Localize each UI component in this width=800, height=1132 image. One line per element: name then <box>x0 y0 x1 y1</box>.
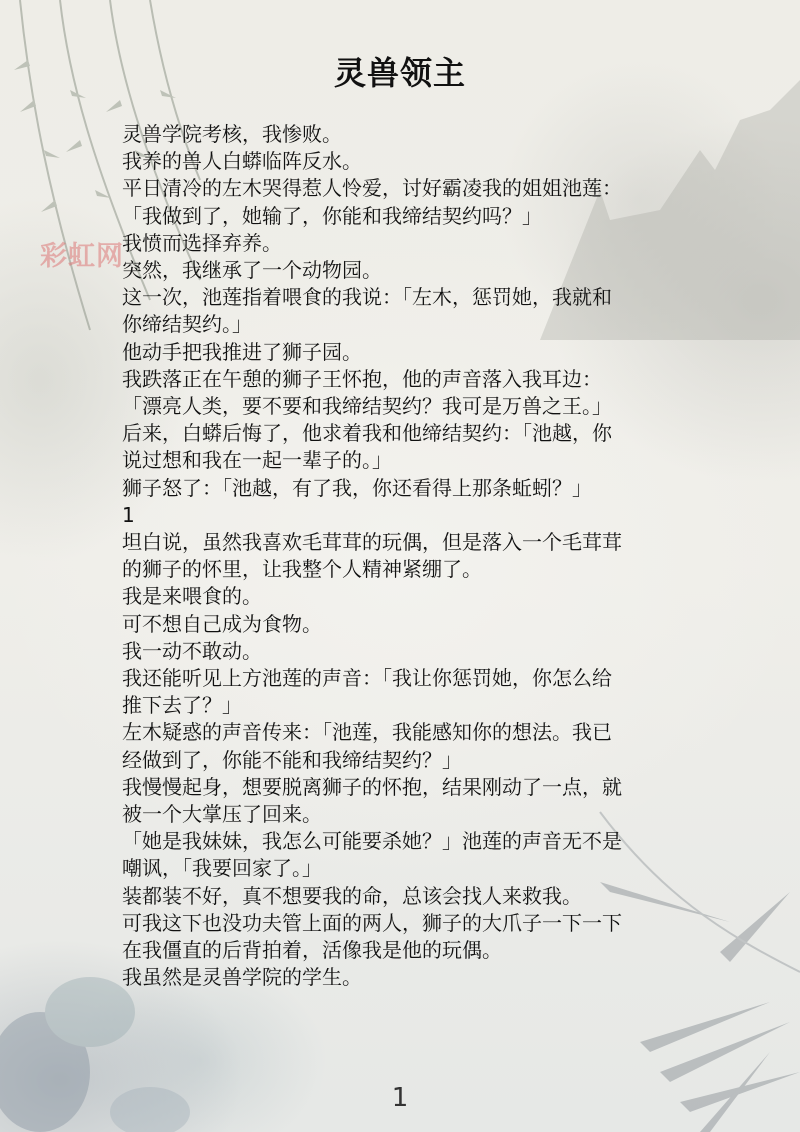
text-line: 我跌落正在午憩的狮子王怀抱，他的声音落入我耳边： <box>122 366 692 393</box>
text-line: 我慢慢起身，想要脱离狮子的怀抱，结果刚动了一点，就 <box>122 774 692 801</box>
text-line: 「我做到了，她输了，你能和我缔结契约吗？」 <box>122 203 692 230</box>
text-line: 左木疑惑的声音传来：「池莲，我能感知你的想法。我已 <box>122 719 692 746</box>
chapter-number: 1 <box>122 502 692 529</box>
text-line: 我虽然是灵兽学院的学生。 <box>122 964 692 991</box>
text-line: 推下去了？」 <box>122 692 692 719</box>
text-line: 嘲讽，「我要回家了。」 <box>122 855 692 882</box>
text-line: 经做到了，你能不能和我缔结契约？」 <box>122 747 692 774</box>
text-line: 「她是我妹妹，我怎么可能要杀她？」池莲的声音无不是 <box>122 828 692 855</box>
text-line: 他动手把我推进了狮子园。 <box>122 339 692 366</box>
text-line: 我是来喂食的。 <box>122 583 692 610</box>
document-title: 灵兽领主 <box>0 48 800 94</box>
text-line: 狮子怒了：「池越，有了我，你还看得上那条蚯蚓？」 <box>122 475 692 502</box>
text-line: 装都装不好，真不想要我的命，总该会找人来救我。 <box>122 883 692 910</box>
text-line: 可我这下也没功夫管上面的两人，狮子的大爪子一下一下 <box>122 910 692 937</box>
text-line: 的狮子的怀里，让我整个人精神紧绷了。 <box>122 556 692 583</box>
text-line: 平日清冷的左木哭得惹人怜爱，讨好霸凌我的姐姐池莲： <box>122 175 692 202</box>
text-line: 被一个大掌压了回来。 <box>122 801 692 828</box>
text-line: 我一动不敢动。 <box>122 638 692 665</box>
text-line: 我愤而选择弃养。 <box>122 230 692 257</box>
text-line: 后来，白蟒后悔了，他求着我和他缔结契约：「池越，你 <box>122 420 692 447</box>
story-body: 灵兽学院考核，我惨败。 我养的兽人白蟒临阵反水。 平日清冷的左木哭得惹人怜爱，讨… <box>122 121 692 992</box>
text-line: 在我僵直的后背拍着，活像我是他的玩偶。 <box>122 937 692 964</box>
page-number: 1 <box>0 1083 800 1113</box>
text-line: 坦白说，虽然我喜欢毛茸茸的玩偶，但是落入一个毛茸茸 <box>122 529 692 556</box>
watermark-text: 彩虹网 <box>40 234 124 273</box>
text-line: 你缔结契约。」 <box>122 311 692 338</box>
text-line: 灵兽学院考核，我惨败。 <box>122 121 692 148</box>
text-line: 我养的兽人白蟒临阵反水。 <box>122 148 692 175</box>
text-line: 我还能听见上方池莲的声音：「我让你惩罚她，你怎么给 <box>122 665 692 692</box>
text-line: 突然，我继承了一个动物园。 <box>122 257 692 284</box>
text-line: 「漂亮人类，要不要和我缔结契约？我可是万兽之王。」 <box>122 393 692 420</box>
text-line: 说过想和我在一起一辈子的。」 <box>122 447 692 474</box>
text-line: 这一次，池莲指着喂食的我说：「左木，惩罚她，我就和 <box>122 284 692 311</box>
text-line: 可不想自己成为食物。 <box>122 611 692 638</box>
